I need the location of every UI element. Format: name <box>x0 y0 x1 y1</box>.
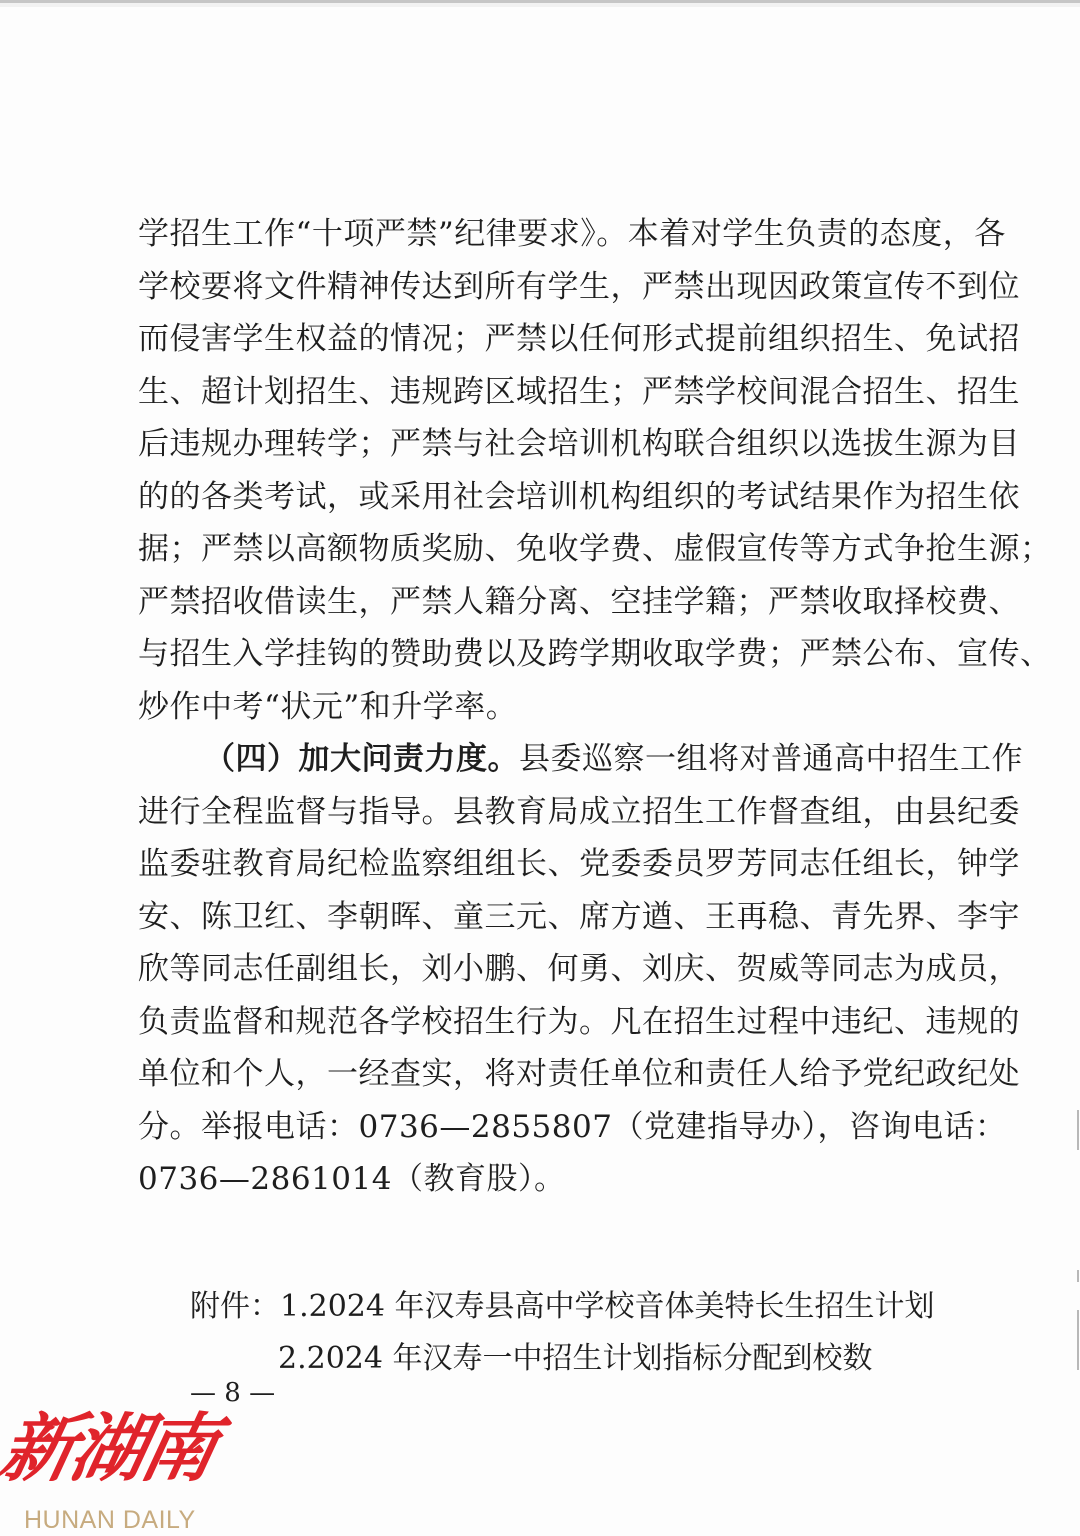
text-line: 分。举报电话：0736—2855807（党建指导办），咨询电话： <box>138 1101 958 1154</box>
hunan-daily-watermark: 新湖南 HUNAN DAILY <box>2 1400 232 1536</box>
section-four: （四）加大问责力度。县委巡察一组将对普通高中招生工作 进行全程监督与指导。县教育… <box>138 733 958 1206</box>
text-line: 与招生入学挂钩的赞助费以及跨学期收取学费；严禁公布、宣传、 <box>138 628 958 681</box>
text-line: 学招生工作“十项严禁”纪律要求》。本着对学生负责的态度，各 <box>138 208 958 261</box>
text-line: 后违规办理转学；严禁与社会培训机构联合组织以选拔生源为目 <box>138 418 958 471</box>
scan-top-shadow <box>0 3 1080 7</box>
attachments-label: 附件： <box>190 1289 280 1324</box>
text-line: 0736—2861014（教育股）。 <box>138 1153 958 1206</box>
text-line: 监委驻教育局纪检监察组组长、党委委员罗芳同志任组长，钟学 <box>138 838 958 891</box>
text-line: 负责监督和规范各学校招生行为。凡在招生过程中违纪、违规的 <box>138 996 958 1049</box>
paragraph-continued: 学招生工作“十项严禁”纪律要求》。本着对学生负责的态度，各 学校要将文件精神传达… <box>138 208 958 733</box>
attachments: 附件：1.2024 年汉寿县高中学校音体美特长生招生计划 2.2024 年汉寿一… <box>190 1281 935 1385</box>
attachment-row-1: 附件：1.2024 年汉寿县高中学校音体美特长生招生计划 <box>190 1281 935 1333</box>
text-line: 进行全程监督与指导。县教育局成立招生工作督查组，由县纪委 <box>138 786 958 839</box>
scan-edge-mark <box>1077 1110 1079 1150</box>
attachment-item: 2.2024 年汉寿一中招生计划指标分配到校数 <box>278 1341 873 1376</box>
attachment-item: 1.2024 年汉寿县高中学校音体美特长生招生计划 <box>280 1289 935 1324</box>
section-text: 县委巡察一组将对普通高中招生工作 <box>519 741 1023 777</box>
text-line: 而侵害学生权益的情况；严禁以任何形式提前组织招生、免试招 <box>138 313 958 366</box>
text-line: 的的各类考试，或采用社会培训机构组织的考试结果作为招生依 <box>138 471 958 524</box>
text-line: 单位和个人，一经查实，将对责任单位和责任人给予党纪政纪处 <box>138 1048 958 1101</box>
scan-edge-mark <box>1077 1310 1079 1370</box>
scan-edge-mark <box>1077 1270 1079 1282</box>
text-line: 生、超计划招生、违规跨区域招生；严禁学校间混合招生、招生 <box>138 366 958 419</box>
section-four-first-line: （四）加大问责力度。县委巡察一组将对普通高中招生工作 <box>138 733 958 786</box>
brand-logo-english: HUNAN DAILY <box>24 1506 196 1534</box>
text-line: 严禁招收借读生，严禁人籍分离、空挂学籍；严禁收取择校费、 <box>138 576 958 629</box>
brand-logo-chinese: 新湖南 <box>0 1404 222 1494</box>
section-heading: （四）加大问责力度。 <box>204 741 519 777</box>
document-body: 学招生工作“十项严禁”纪律要求》。本着对学生负责的态度，各 学校要将文件精神传达… <box>138 208 958 1206</box>
text-line: 学校要将文件精神传达到所有学生，严禁出现因政策宣传不到位 <box>138 261 958 314</box>
text-line: 安、陈卫红、李朝晖、童三元、席方遒、王再稳、青先界、李宇 <box>138 891 958 944</box>
attachment-row-2: 2.2024 年汉寿一中招生计划指标分配到校数 <box>190 1333 935 1385</box>
text-line: 炒作中考“状元”和升学率。 <box>138 681 958 734</box>
text-line: 据；严禁以高额物质奖励、免收学费、虚假宣传等方式争抢生源； <box>138 523 958 576</box>
text-line: 欣等同志任副组长，刘小鹏、何勇、刘庆、贺威等同志为成员， <box>138 943 958 996</box>
